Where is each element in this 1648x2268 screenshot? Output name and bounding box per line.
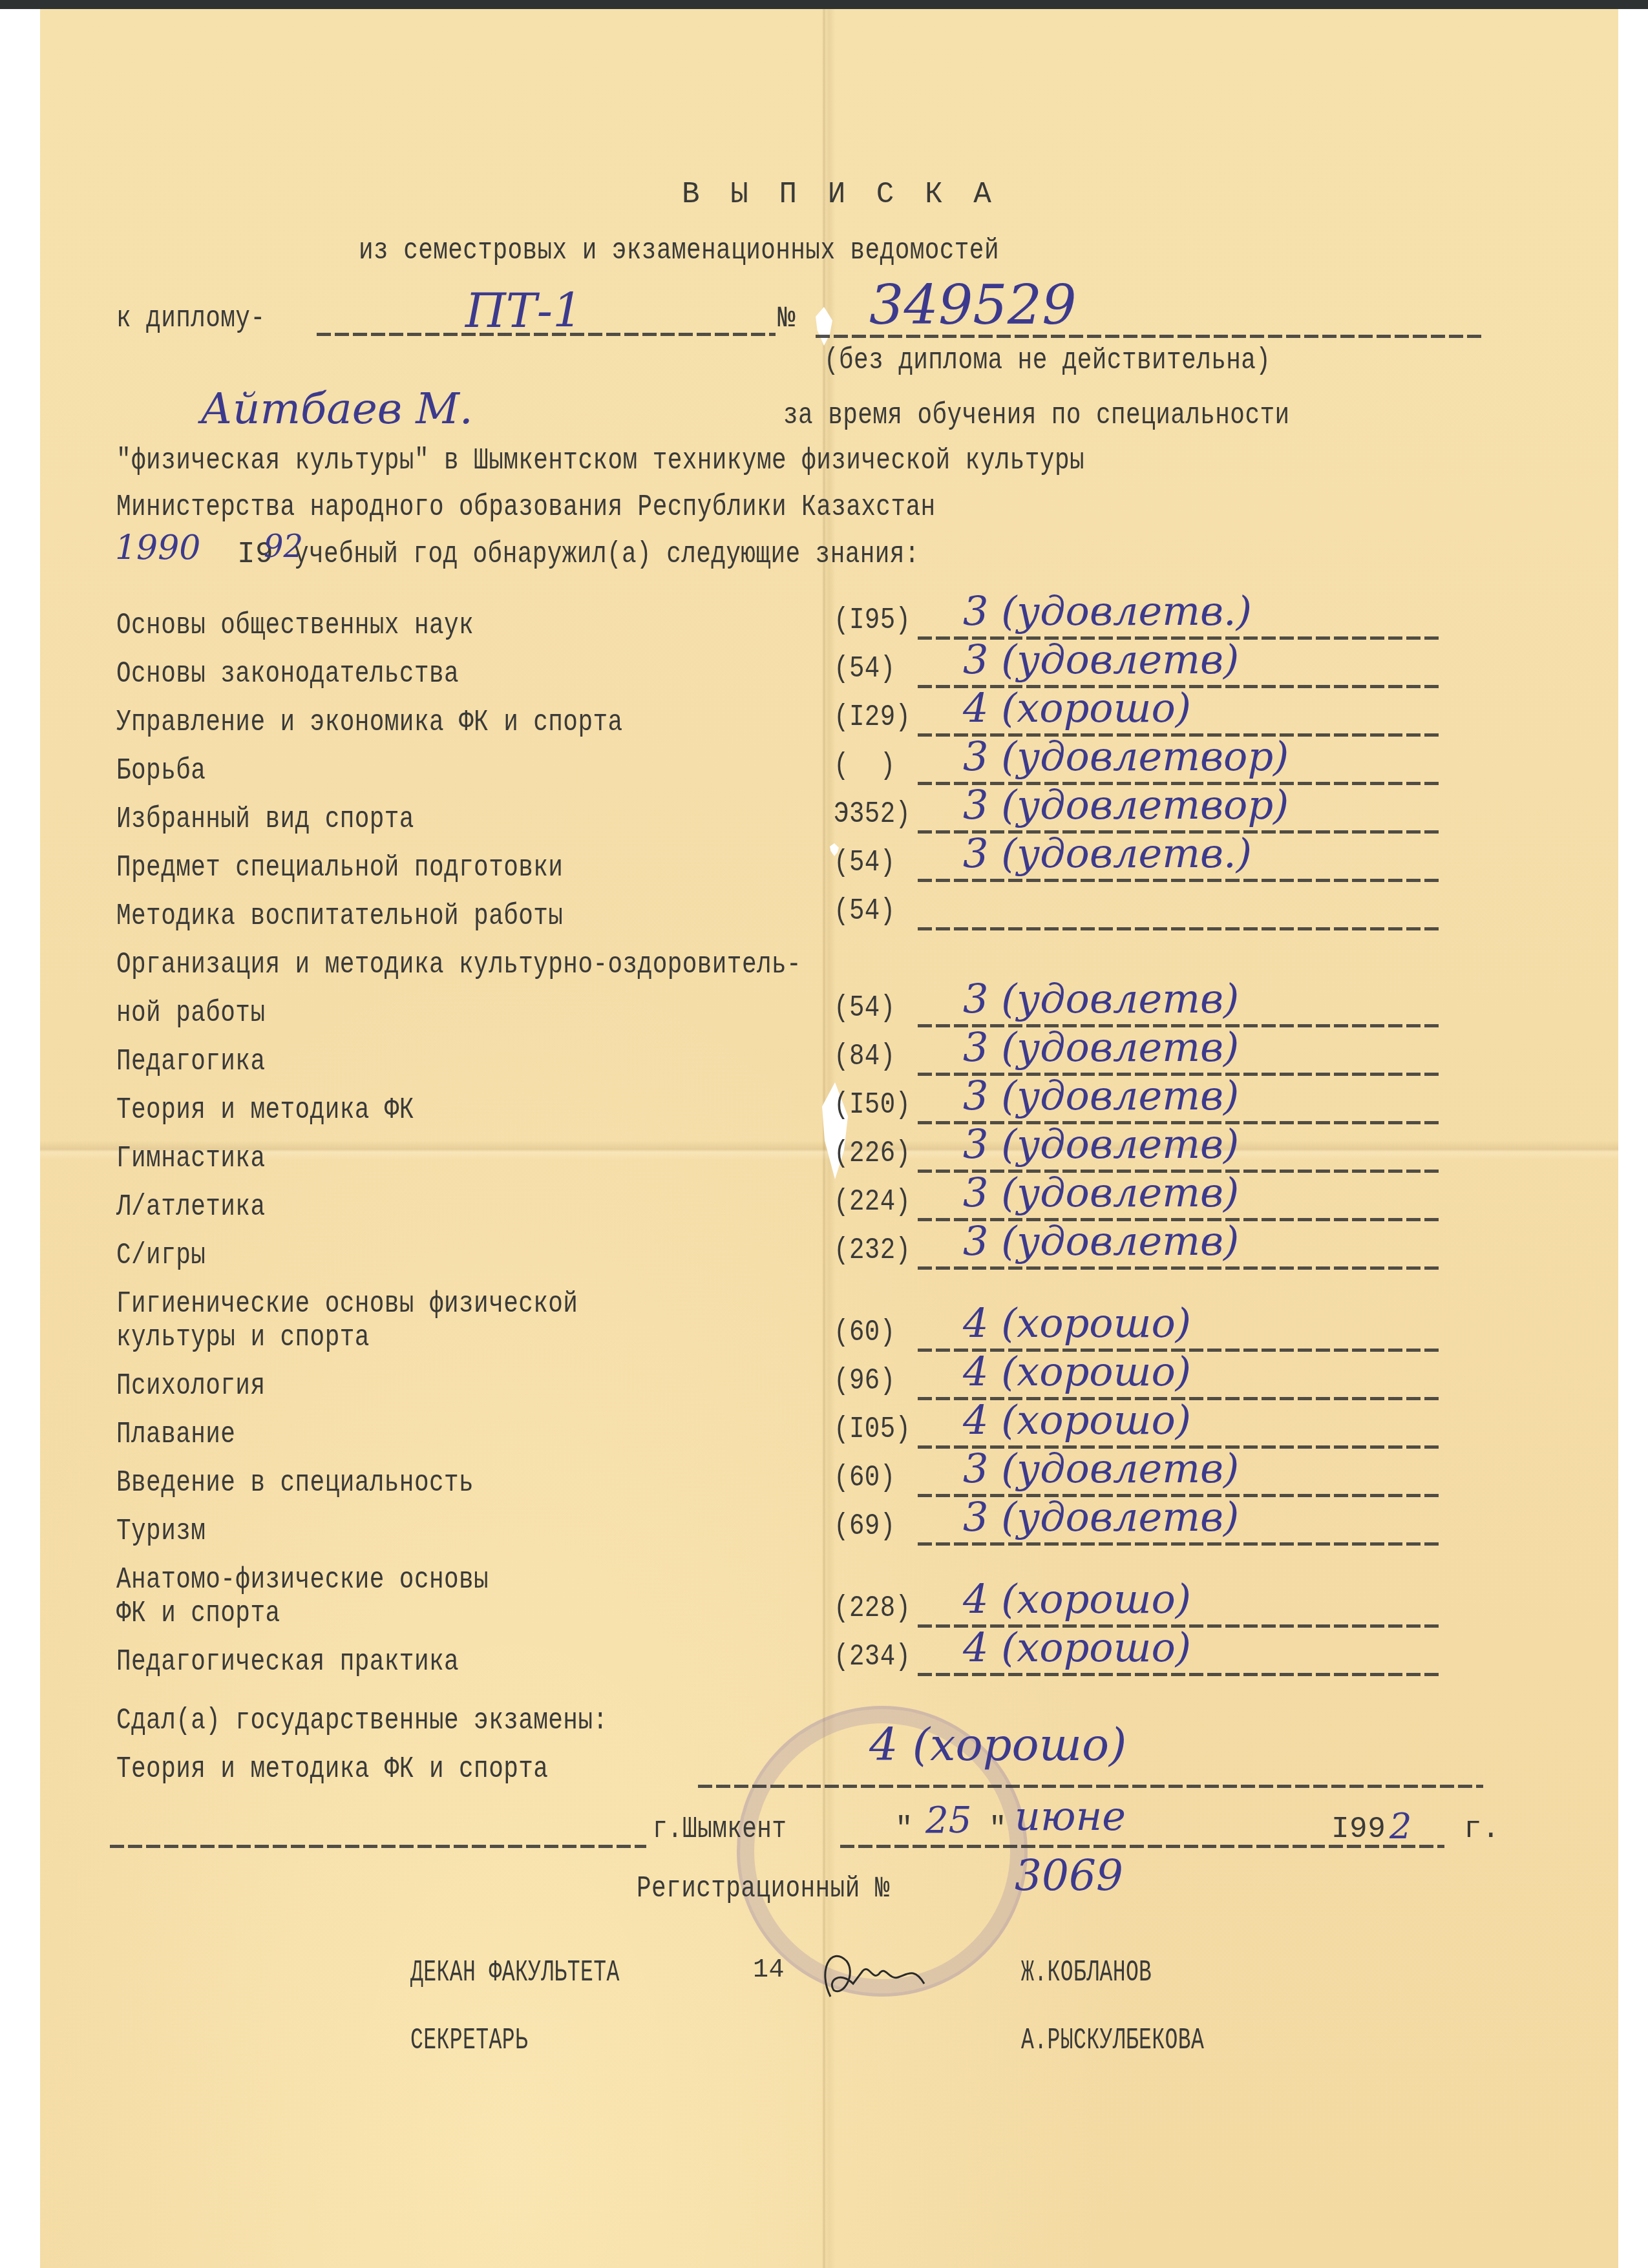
date-close-quote: " [989, 1814, 1007, 1844]
subject-grade: 3 (удовлетв) [963, 1173, 1239, 1213]
dean-name: Ж.КОБЛАНОВ [1021, 1958, 1152, 1988]
subject-hours: (54) [834, 993, 896, 1023]
subject-name: Педагогика [116, 1047, 265, 1076]
subject-hours: (54) [834, 848, 896, 877]
subject-name: Введение в специальность [116, 1468, 474, 1498]
subject-name: Гигиенические основы физической [116, 1289, 578, 1319]
diploma-series: ПТ-1 [465, 288, 582, 334]
subject-hours: (I29) [834, 702, 911, 732]
diploma-number: 349529 [869, 278, 1077, 332]
grade-line [918, 1673, 1441, 1676]
dean-signature [818, 1945, 973, 2010]
subject-name-continued: ФК и спорта [116, 1599, 280, 1628]
subject-hours: (54) [834, 896, 896, 926]
subject-name: Предмет специальной подготовки [116, 853, 563, 883]
subject-grade: 3 (удовлетв) [963, 640, 1239, 680]
subject-hours: (84) [834, 1042, 896, 1071]
subject-grade: 4 (хорошо) [963, 1400, 1191, 1440]
dean-label: ДЕКАН ФАКУЛЬТЕТА [410, 1958, 620, 1988]
subject-name-continued: культуры и спорта [116, 1323, 370, 1352]
subject-hours: Э352) [834, 799, 911, 829]
subject-name: Избранный вид спорта [116, 804, 414, 834]
subject-grade: 3 (удовлетв) [963, 1124, 1239, 1164]
subject-hours: (96) [834, 1366, 896, 1396]
subject-hours: ( ) [834, 751, 896, 781]
subject-name-continued: ной работы [116, 998, 265, 1028]
subject-grade: 3 (удовлетвор) [963, 785, 1289, 825]
subject-name: Плавание [116, 1420, 235, 1449]
registration-number: 3069 [1015, 1854, 1123, 1897]
subject-name: Управление и экономика ФК и спорта [116, 708, 623, 737]
subject-name: Борьба [116, 756, 206, 786]
subject-name: Теория и методика ФК [116, 1095, 414, 1125]
state-exams-heading: Сдал(а) государственные экзамены: [116, 1706, 608, 1736]
subject-hours: (I05) [834, 1414, 911, 1444]
secretary-name: А.РЫСКУЛБЕКОВА [1021, 2026, 1204, 2055]
year-start: 1990 [115, 531, 200, 565]
validity-note: (без диплома не действительна) [824, 346, 1271, 375]
subject-grade: 3 (удовлетв) [963, 1221, 1239, 1261]
subject-hours: (232) [834, 1235, 911, 1265]
intro-line-4: учебный год обнаружил(а) следующие знани… [294, 540, 920, 569]
subject-name: Основы законодательства [116, 659, 459, 689]
subject-name: Педагогическая практика [116, 1647, 459, 1677]
intro-line-3: Министерства народного образования Респу… [116, 492, 936, 522]
subject-name: Методика воспитательной работы [116, 901, 563, 931]
subject-grade: 3 (удовлетв) [963, 1449, 1239, 1489]
diploma-prefix: к диплому- [116, 304, 265, 333]
intro-line-2: "физическая культуры" в Шымкентском техн… [116, 446, 1084, 476]
date-year-suffix: 2 [1389, 1809, 1411, 1844]
grade-line [918, 1266, 1441, 1270]
subject-hours: (I50) [834, 1090, 911, 1120]
grade-line [918, 1542, 1441, 1546]
subject-grade: 3 (удовлетв.) [963, 591, 1252, 631]
subject-name: С/игры [116, 1241, 206, 1270]
state-exam-grade-line [698, 1785, 1483, 1788]
document-subtitle: из семестровых и экзаменационных ведомос… [359, 236, 999, 266]
subject-name: Гимнастика [116, 1144, 265, 1173]
subject-name: Психология [116, 1371, 265, 1401]
subject-hours: (I95) [834, 605, 911, 635]
document-title: В Ы П И С К А [682, 180, 998, 209]
subject-name: Анатомо-физические основы [116, 1565, 489, 1595]
subject-hours: (69) [834, 1511, 896, 1541]
date-year-unit: г. [1464, 1814, 1500, 1844]
subject-grade: 3 (удовлетвор) [963, 737, 1289, 777]
student-name: Айтбаев М. [200, 388, 473, 430]
subject-grade: 3 (удовлетв.) [963, 834, 1252, 874]
subject-hours: (224) [834, 1187, 911, 1217]
date-day: 25 [925, 1803, 971, 1839]
subject-grade: 3 (удовлетв) [963, 1076, 1239, 1116]
date-month: июне [1015, 1796, 1126, 1836]
state-exam-grade: 4 (хорошо) [869, 1722, 1126, 1767]
state-exam-subject: Теория и методика ФК и спорта [116, 1754, 548, 1784]
subject-name: Л/атлетика [116, 1192, 265, 1222]
subject-grade: 3 (удовлетв) [963, 1027, 1239, 1067]
subject-grade: 4 (хорошо) [963, 1579, 1191, 1619]
grade-line [918, 927, 1441, 930]
subject-name: Туризм [116, 1517, 206, 1546]
secretary-label: СЕКРЕТАРЬ [410, 2026, 528, 2055]
subject-name: Основы общественных наук [116, 611, 474, 640]
subject-hours: (226) [834, 1139, 911, 1168]
footer-city: г.Шымкент [653, 1814, 787, 1844]
subject-hours: (228) [834, 1593, 911, 1623]
subject-hours: (54) [834, 654, 896, 684]
subject-grade: 3 (удовлетв) [963, 979, 1239, 1019]
subject-grade: 4 (хорошо) [963, 1303, 1191, 1343]
subject-hours: (234) [834, 1642, 911, 1672]
number-sign: № [777, 304, 796, 333]
registration-label: Регистрационный № [637, 1874, 890, 1904]
subject-hours: (60) [834, 1463, 896, 1493]
dean-mark: 14 [753, 1958, 785, 1984]
subject-grade: 4 (хорошо) [963, 688, 1191, 728]
subject-name: Организация и методика культурно-оздоров… [116, 950, 801, 980]
subject-grade: 4 (хорошо) [963, 1628, 1191, 1668]
subject-grade: 4 (хорошо) [963, 1352, 1191, 1392]
intro-line-1: за время обучения по специальности [783, 401, 1290, 430]
subject-hours: (60) [834, 1318, 896, 1347]
date-year-prefix: I99 [1331, 1814, 1386, 1844]
grade-line [918, 879, 1441, 882]
footer-signature-line [110, 1845, 646, 1848]
date-open-quote: " [895, 1814, 913, 1844]
scan-top-edge [0, 0, 1648, 9]
subject-grade: 3 (удовлетв) [963, 1497, 1239, 1537]
